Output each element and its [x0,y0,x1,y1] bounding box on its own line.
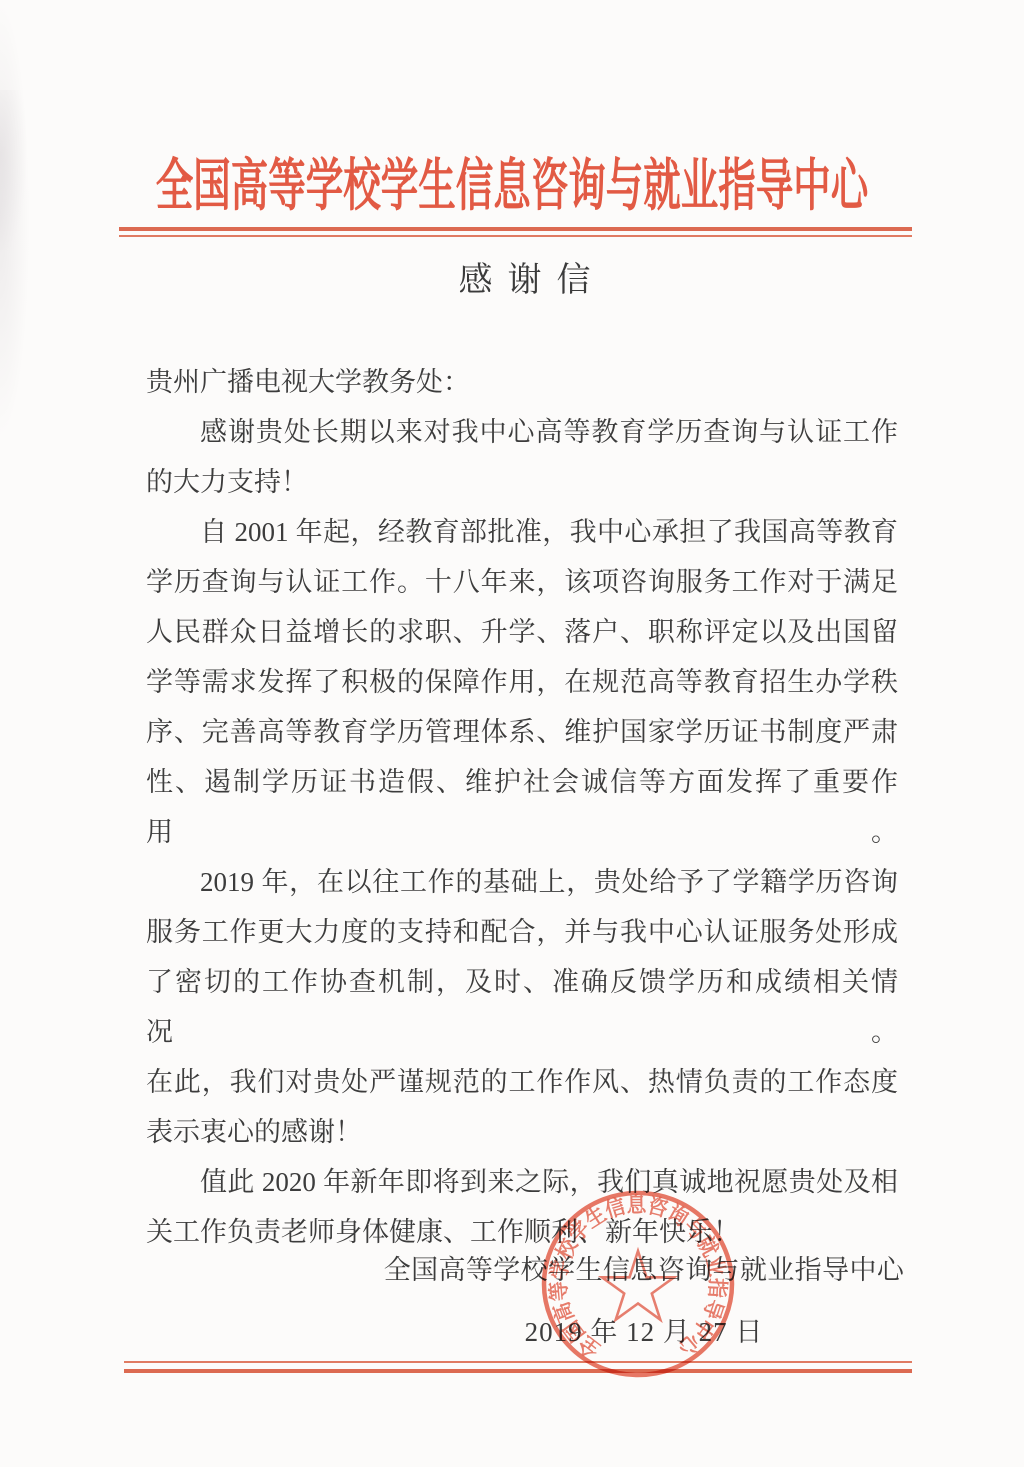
letter-title: 感谢信 [20,252,1024,301]
letter-page: 全国高等学校学生信息咨询与就业指导中心 感谢信 贵州广播电视大学教务处：感谢贵处… [0,0,1024,1467]
body-line: 表示衷心的感谢！ [146,1107,898,1157]
body-line: 贵州广播电视大学教务处： [146,357,898,407]
signature-org-name: 全国高等学校学生信息咨询与就业指导中心 [383,1248,905,1287]
signature-block: 全国高等学校学生信息咨询与就业指导中心 2019 年 12 月 27 日 [383,1248,905,1349]
scan-artifact [0,0,30,440]
body-line: 学历查询与认证工作。十八年来，该项咨询服务工作对于满足 [146,557,898,607]
body-line: 学等需求发挥了积极的保障作用，在规范高等教育招生办学秩 [146,657,898,707]
body-line: 在此，我们对贵处严谨规范的工作作风、热情负责的工作态度 [146,1057,898,1107]
letterhead-rule-thin [119,235,912,237]
body-line: 2019 年，在以往工作的基础上，贵处给予了学籍学历咨询 [146,857,898,907]
body-line: 服务工作更大力度的支持和配合，并与我中心认证服务处形成 [146,907,898,957]
body-line: 的大力支持！ [146,457,898,507]
body-line: 人民群众日益增长的求职、升学、落户、职称评定以及出国留 [146,607,898,657]
body-line: 自 2001 年起，经教育部批准，我中心承担了我国高等教育 [146,507,898,557]
footer-rule-thick [124,1369,912,1373]
footer-rule-thin [124,1361,912,1363]
signature-date: 2019 年 12 月 27 日 [383,1310,905,1349]
body-line: 感谢贵处长期以来对我中心高等教育学历查询与认证工作 [146,407,898,457]
letterhead-rule-thick [119,227,912,231]
body-line: 了密切的工作协查机制，及时、准确反馈学历和成绩相关情况。 [146,957,898,1057]
body-line: 序、完善高等教育学历管理体系、维护国家学历证书制度严肃 [146,707,898,757]
body-line: 值此 2020 年新年即将到来之际，我们真诚地祝愿贵处及相 [146,1157,898,1207]
body-line: 性、遏制学历证书造假、维护社会诚信等方面发挥了重要作用。 [146,757,898,857]
letterhead-org-title: 全国高等学校学生信息咨询与就业指导中心 [156,140,869,221]
letter-body: 贵州广播电视大学教务处：感谢贵处长期以来对我中心高等教育学历查询与认证工作的大力… [146,357,898,1257]
letterhead: 全国高等学校学生信息咨询与就业指导中心 [0,140,1024,194]
